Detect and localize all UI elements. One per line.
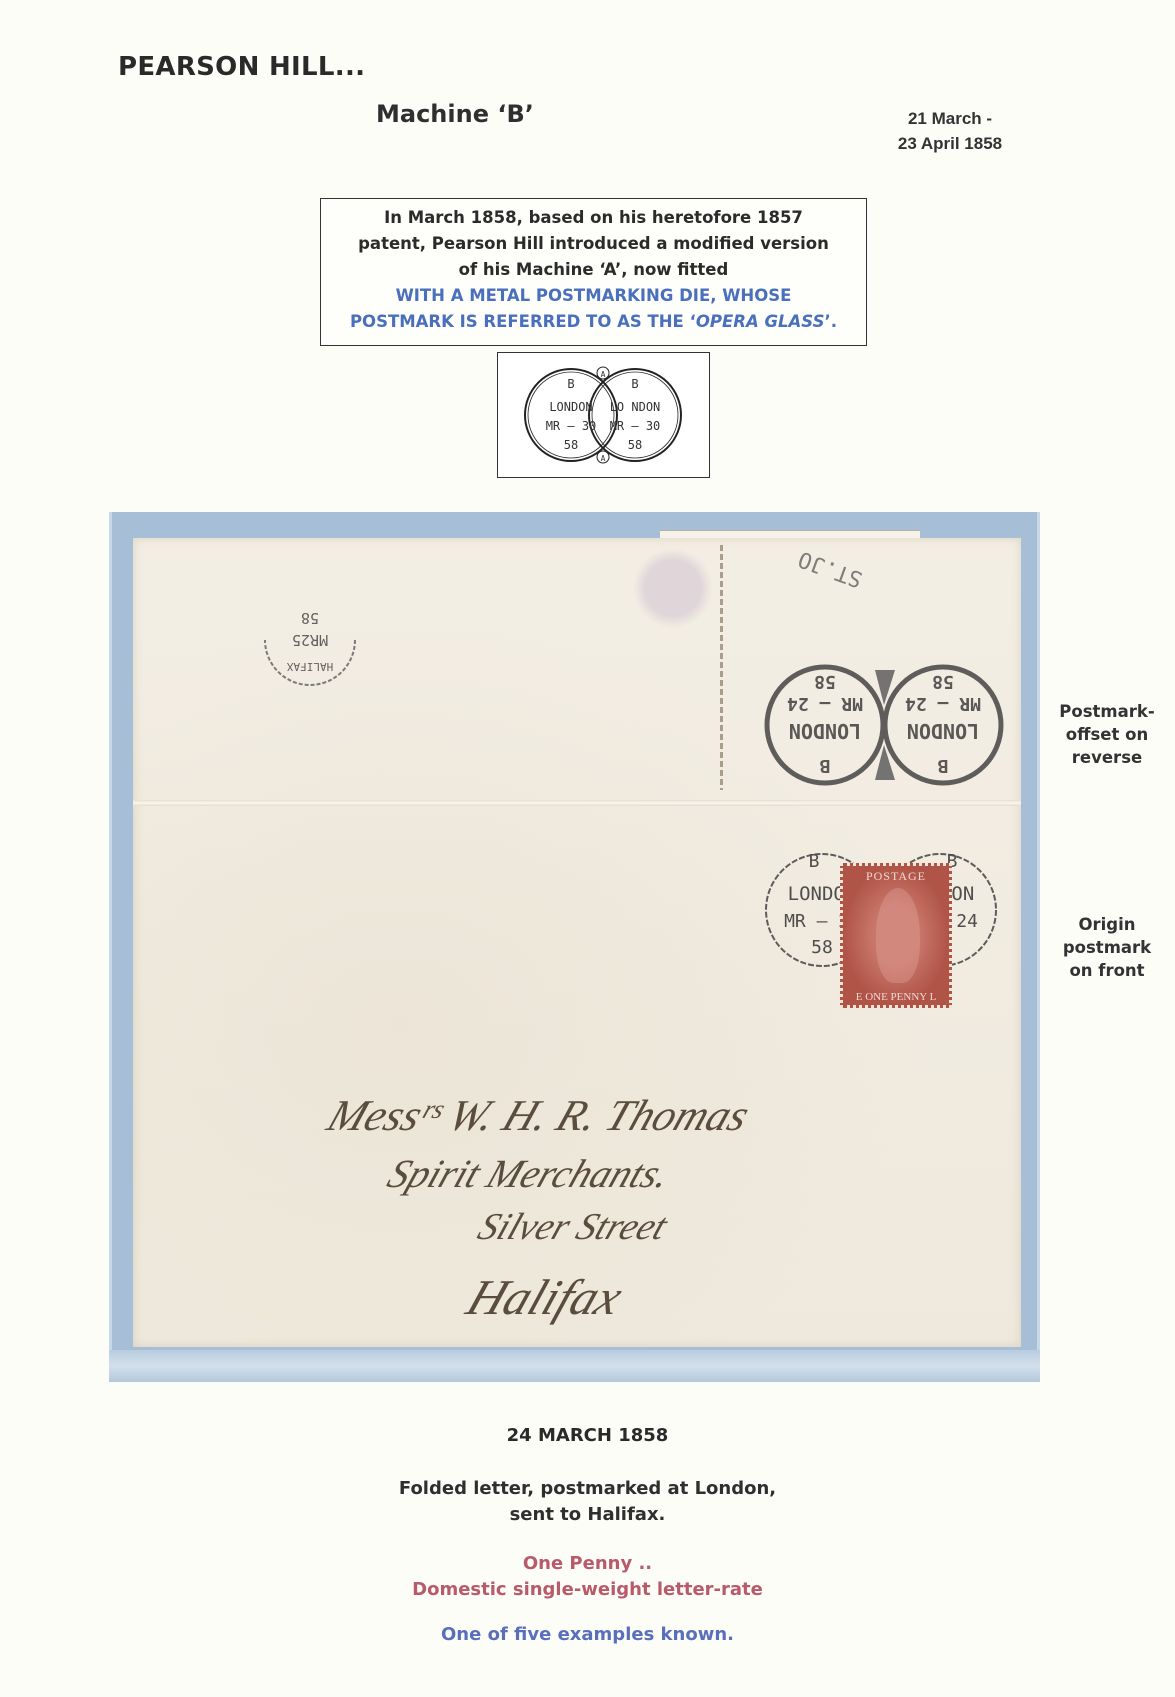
postal-rate: One Penny .. Domestic single-weight lett… [0, 1551, 1175, 1603]
queen-victoria-portrait-icon [876, 888, 920, 983]
page-title: PEARSON HILL... [118, 52, 365, 82]
svg-text:B: B [937, 755, 948, 776]
svg-text:LO NDON: LO NDON [610, 400, 661, 414]
intro-text: POSTMARK IS REFERRED TO AS THE ‘ [350, 312, 696, 331]
label-line: offset on [1052, 723, 1162, 746]
letter-fold-line [133, 800, 1021, 806]
description-line: sent to Halifax. [0, 1502, 1175, 1528]
cover-description: Folded letter, postmarked at London, sen… [0, 1476, 1175, 1528]
svg-text:B: B [567, 377, 574, 391]
svg-text:58: 58 [811, 937, 833, 958]
svg-text:A: A [601, 454, 606, 463]
opera-glass-term: OPERA GLASS [696, 312, 825, 331]
address-line: Spirit Merchants. [381, 1150, 677, 1197]
letter-vertical-crease [720, 545, 723, 790]
stamp-denomination: ONE PENNY [865, 991, 927, 1003]
cover-date: 24 MARCH 1858 [0, 1425, 1175, 1446]
label-line: reverse [1052, 746, 1162, 769]
intro-line: In March 1858, based on his heretofore 1… [321, 205, 866, 231]
intro-line: patent, Pearson Hill introduced a modifi… [321, 231, 866, 257]
label-postmark-offset: Postmark- offset on reverse [1052, 700, 1162, 769]
intro-line-highlight: POSTMARK IS REFERRED TO AS THE ‘OPERA GL… [321, 309, 866, 335]
page-subtitle: Machine ‘B’ [376, 100, 534, 128]
label-line: Postmark- [1052, 700, 1162, 723]
rarity-note: One of five examples known. [0, 1624, 1175, 1645]
svg-text:58: 58 [564, 438, 578, 452]
halifax-backstamp-icon: HALIFAX MR25 58 [255, 585, 365, 695]
svg-text:HALIFAX: HALIFAX [286, 660, 333, 673]
svg-text:MR — 30: MR — 30 [610, 419, 661, 433]
address-line: Halifax [459, 1268, 630, 1326]
date-range: 21 March - 23 April 1858 [880, 106, 1020, 156]
svg-text:LONDON: LONDON [789, 719, 861, 743]
offset-postmark-icon: B LONDON MR — 24 58 B LONDON MR — 24 58 [750, 660, 1015, 790]
opera-glass-postmark-icon: A A B LONDON MR — 30 58 B LO NDON MR — 3… [498, 353, 708, 476]
svg-text:B: B [809, 851, 820, 872]
svg-text:MR — 30: MR — 30 [546, 419, 597, 433]
penny-red-stamp: POSTAGE E ONE PENNY L [840, 863, 952, 1008]
description-line: Folded letter, postmarked at London, [0, 1476, 1175, 1502]
svg-text:A: A [601, 370, 606, 379]
intro-line-highlight: WITH A METAL POSTMARKING DIE, WHOSE [321, 283, 866, 309]
svg-text:B: B [819, 755, 830, 776]
mount-bottom-edge [109, 1350, 1040, 1382]
stamp-corner-letter: L [930, 991, 937, 1003]
label-origin-postmark: Origin postmark on front [1052, 913, 1162, 982]
svg-text:LONDON: LONDON [549, 400, 592, 414]
svg-text:MR — 24: MR — 24 [787, 693, 863, 714]
label-line: postmark [1052, 936, 1162, 959]
label-line: on front [1052, 959, 1162, 982]
date-range-end: 23 April 1858 [880, 131, 1020, 156]
svg-text:58: 58 [932, 671, 954, 692]
stamp-postage-text: POSTAGE [843, 869, 949, 884]
svg-text:58: 58 [301, 609, 319, 627]
address-line: Messʳˢ W. H. R. Thomas [321, 1090, 757, 1141]
rate-line: One Penny .. [0, 1551, 1175, 1577]
svg-text:MR25: MR25 [292, 631, 328, 649]
opera-glass-postmark-illustration: A A B LONDON MR — 30 58 B LO NDON MR — 3… [497, 352, 710, 478]
intro-text: ’. [824, 312, 837, 331]
partial-offset-mark-icon: ST.JO [770, 540, 890, 600]
svg-text:ST.JO: ST.JO [795, 546, 866, 592]
label-line: Origin [1052, 913, 1162, 936]
svg-text:58: 58 [628, 438, 642, 452]
stamp-value-text: E ONE PENNY L [843, 991, 949, 1003]
svg-text:MR — 24: MR — 24 [905, 693, 981, 714]
date-range-start: 21 March - [880, 106, 1020, 131]
intro-text-box: In March 1858, based on his heretofore 1… [320, 198, 867, 346]
svg-text:58: 58 [814, 671, 836, 692]
stamp-corner-letter: E [856, 991, 863, 1003]
address-line: Silver Street [472, 1205, 673, 1249]
svg-text:B: B [631, 377, 638, 391]
intro-line: of his Machine ‘A’, now fitted [321, 257, 866, 283]
svg-text:LONDON: LONDON [907, 719, 979, 743]
rate-line: Domestic single-weight letter-rate [0, 1577, 1175, 1603]
